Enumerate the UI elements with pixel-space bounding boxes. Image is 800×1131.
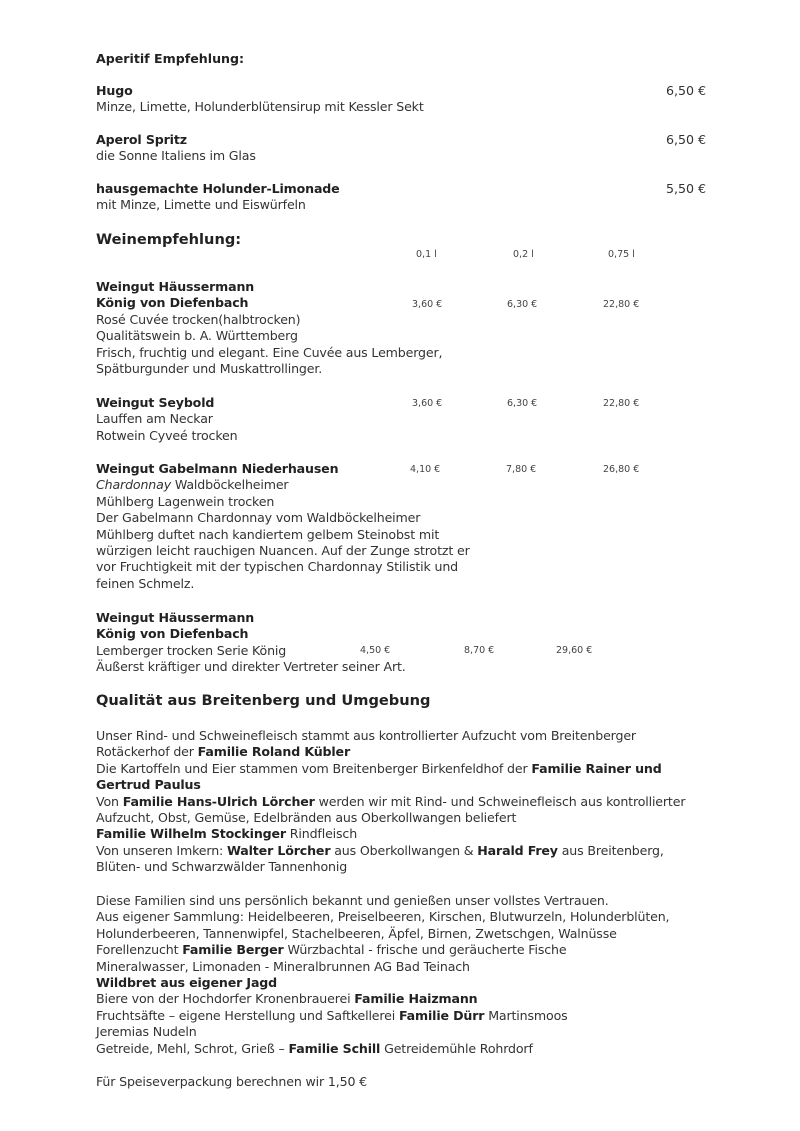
- wine-item: Weingut Häussermann König von Diefenbach…: [96, 279, 442, 377]
- wine-price: 4,50 €: [360, 645, 390, 656]
- text-segment: Von unseren Imkern:: [96, 843, 227, 858]
- text-segment: Martinsmoos: [484, 1008, 567, 1023]
- text-line: Familie Wilhelm Stockinger Rindfleisch: [96, 826, 685, 842]
- wine-desc: Spätburgunder und Muskattrollinger.: [96, 361, 442, 377]
- item-desc: mit Minze, Limette und Eiswürfeln: [96, 197, 340, 213]
- text-segment: Die Kartoffeln und Eier stammen vom Brei…: [96, 761, 531, 776]
- wine-desc: würzigen leicht rauchigen Nuancen. Auf d…: [96, 543, 470, 559]
- item-name: Hugo: [96, 83, 424, 99]
- bold-name: Familie Hans-Ulrich Lörcher: [123, 794, 315, 809]
- wine-heading: Weinempfehlung:: [96, 231, 241, 248]
- wine-desc: Qualitätswein b. A. Württemberg: [96, 328, 442, 344]
- text-line: Die Kartoffeln und Eier stammen vom Brei…: [96, 761, 685, 777]
- bold-name: Familie Wilhelm Stockinger: [96, 826, 286, 841]
- wine-price: 4,10 €: [410, 464, 440, 475]
- bold-name: Familie Roland Kübler: [198, 744, 350, 759]
- wine-desc: Rosé Cuvée trocken(halbtrocken): [96, 312, 442, 328]
- bold-name: Walter Lörcher: [227, 843, 330, 858]
- wine-price: 22,80 €: [603, 398, 639, 409]
- wine-desc: Mühlberg duftet nach kandiertem gelbem S…: [96, 527, 470, 543]
- bold-name: Familie Dürr: [399, 1008, 484, 1023]
- wine-price: 22,80 €: [603, 299, 639, 310]
- wine-title: Weingut Häussermann: [96, 610, 406, 626]
- item-name: hausgemachte Holunder-Limonade: [96, 181, 340, 197]
- bold-name: Familie Berger: [182, 942, 283, 957]
- text-segment: Rotäckerhof der: [96, 744, 198, 759]
- wine-price: 3,60 €: [412, 299, 442, 310]
- wine-price: 7,80 €: [506, 464, 536, 475]
- text-line: Getreide, Mehl, Schrot, Grieß – Familie …: [96, 1041, 669, 1057]
- text-line: Fruchtsäfte – eigene Herstellung und Saf…: [96, 1008, 669, 1024]
- quality-paragraph-2: Diese Familien sind uns persönlich bekan…: [96, 893, 669, 1057]
- text-line: Von unseren Imkern: Walter Lörcher aus O…: [96, 843, 685, 859]
- item-price: 6,50 €: [666, 83, 706, 98]
- item-desc: Minze, Limette, Holunderblütensirup mit …: [96, 99, 424, 115]
- bold-name: Wildbret aus eigener Jagd: [96, 975, 277, 990]
- size-header: 0,2 l: [513, 249, 534, 260]
- text-line: Blüten- und Schwarzwälder Tannenhonig: [96, 859, 685, 875]
- wine-desc: feinen Schmelz.: [96, 576, 470, 592]
- aperitif-item-limonade: hausgemachte Holunder-Limonade mit Minze…: [96, 181, 340, 214]
- bold-name: Harald Frey: [477, 843, 558, 858]
- bold-name: Familie Rainer und: [531, 761, 661, 776]
- wine-item: Weingut Häussermann König von Diefenbach…: [96, 610, 406, 676]
- text-line: Biere von der Hochdorfer Kronenbrauerei …: [96, 991, 669, 1007]
- text-line: Aufzucht, Obst, Gemüse, Edelbränden aus …: [96, 810, 685, 826]
- size-header: 0,1 l: [416, 249, 437, 260]
- text-segment: Aufzucht, Obst, Gemüse, Edelbränden aus …: [96, 810, 516, 825]
- text-line: Von Familie Hans-Ulrich Lörcher werden w…: [96, 794, 685, 810]
- text-segment: Biere von der Hochdorfer Kronenbrauerei: [96, 991, 354, 1006]
- bold-name: Familie Haizmann: [354, 991, 477, 1006]
- text-segment: Holunderbeeren, Tannenwipfel, Stachelbee…: [96, 926, 617, 941]
- wine-desc: Waldböckelheimer: [171, 477, 288, 492]
- wine-title: Weingut Häussermann: [96, 279, 442, 295]
- item-price: 5,50 €: [666, 181, 706, 196]
- text-line: Aus eigener Sammlung: Heidelbeeren, Prei…: [96, 909, 669, 925]
- text-segment: Von: [96, 794, 123, 809]
- text-segment: aus Oberkollwangen &: [330, 843, 477, 858]
- aperitif-heading: Aperitif Empfehlung:: [96, 51, 244, 66]
- text-segment: Getreidemühle Rohrdorf: [380, 1041, 533, 1056]
- wine-desc: Rotwein Cyveé trocken: [96, 428, 237, 444]
- text-segment: aus Breitenberg,: [558, 843, 664, 858]
- bold-name: Gertrud Paulus: [96, 777, 201, 792]
- item-desc: die Sonne Italiens im Glas: [96, 148, 256, 164]
- wine-price: 6,30 €: [507, 299, 537, 310]
- text-line: Gertrud Paulus: [96, 777, 685, 793]
- wine-title: Weingut Seybold: [96, 395, 237, 411]
- text-segment: Würzbachtal - frische und geräucherte Fi…: [284, 942, 567, 957]
- text-line: Mineralwasser, Limonaden - Mineralbrunne…: [96, 959, 669, 975]
- wine-title: König von Diefenbach: [96, 295, 442, 311]
- wine-price: 3,60 €: [412, 398, 442, 409]
- wine-price: 26,80 €: [603, 464, 639, 475]
- wine-desc: Äußerst kräftiger und direkter Vertreter…: [96, 659, 406, 675]
- text-line: Rotäckerhof der Familie Roland Kübler: [96, 744, 685, 760]
- wine-desc: vor Fruchtigkeit mit der typischen Chard…: [96, 559, 470, 575]
- text-segment: Blüten- und Schwarzwälder Tannenhonig: [96, 859, 347, 874]
- text-segment: Aus eigener Sammlung: Heidelbeeren, Prei…: [96, 909, 669, 924]
- wine-desc: Der Gabelmann Chardonnay vom Waldböckelh…: [96, 510, 470, 526]
- text-segment: Getreide, Mehl, Schrot, Grieß –: [96, 1041, 289, 1056]
- item-price: 6,50 €: [666, 132, 706, 147]
- text-line: Forellenzucht Familie Berger Würzbachtal…: [96, 942, 669, 958]
- bold-name: Familie Schill: [289, 1041, 381, 1056]
- wine-item: Weingut Gabelmann Niederhausen Chardonna…: [96, 461, 470, 592]
- text-segment: Diese Familien sind uns persönlich bekan…: [96, 893, 609, 908]
- wine-price: 29,60 €: [556, 645, 592, 656]
- aperitif-item-hugo: Hugo Minze, Limette, Holunderblütensirup…: [96, 83, 424, 116]
- text-segment: Jeremias Nudeln: [96, 1024, 197, 1039]
- item-name: Aperol Spritz: [96, 132, 256, 148]
- quality-heading: Qualität aus Breitenberg und Umgebung: [96, 692, 430, 709]
- text-segment: werden wir mit Rind- und Schweinefleisch…: [315, 794, 686, 809]
- wine-grape: Chardonnay: [96, 477, 171, 492]
- aperitif-item-aperol: Aperol Spritz die Sonne Italiens im Glas: [96, 132, 256, 165]
- wine-desc: Frisch, fruchtig und elegant. Eine Cuvée…: [96, 345, 442, 361]
- text-line: Diese Familien sind uns persönlich bekan…: [96, 893, 669, 909]
- wine-desc: Lauffen am Neckar: [96, 411, 237, 427]
- wine-item: Weingut Seybold Lauffen am Neckar Rotwei…: [96, 395, 237, 444]
- text-segment: Forellenzucht: [96, 942, 182, 957]
- text-segment: Fruchtsäfte – eigene Herstellung und Saf…: [96, 1008, 399, 1023]
- wine-price: 8,70 €: [464, 645, 494, 656]
- wine-title: König von Diefenbach: [96, 626, 406, 642]
- packaging-note: Für Speiseverpackung berechnen wir 1,50 …: [96, 1074, 367, 1090]
- text-segment: Rindfleisch: [286, 826, 357, 841]
- size-header: 0,75 l: [608, 249, 635, 260]
- quality-paragraph-1: Unser Rind- und Schweinefleisch stammt a…: [96, 728, 685, 876]
- wine-desc: Mühlberg Lagenwein trocken: [96, 494, 470, 510]
- text-line: Unser Rind- und Schweinefleisch stammt a…: [96, 728, 685, 744]
- text-line: Holunderbeeren, Tannenwipfel, Stachelbee…: [96, 926, 669, 942]
- text-segment: Mineralwasser, Limonaden - Mineralbrunne…: [96, 959, 470, 974]
- wine-price: 6,30 €: [507, 398, 537, 409]
- text-segment: Unser Rind- und Schweinefleisch stammt a…: [96, 728, 636, 743]
- text-line: Wildbret aus eigener Jagd: [96, 975, 669, 991]
- text-line: Jeremias Nudeln: [96, 1024, 669, 1040]
